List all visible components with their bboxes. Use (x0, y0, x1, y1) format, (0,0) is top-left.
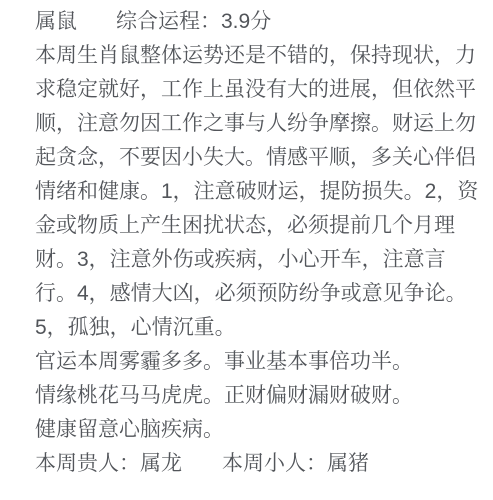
fortune-text-line: 行。4，感情大凶，必须预防纷争或意见争论。 (35, 277, 475, 311)
fortune-text-line: 本周生肖鼠整体运势还是不错的，保持现状，力 (35, 39, 475, 73)
fortune-text-line: 情绪和健康。1，注意破财运，提防损失。2，资 (35, 175, 475, 209)
career-luck-line: 官运本周雾霾多多。事业基本事倍功半。 (35, 345, 475, 379)
fortune-text-line: 财。3，注意外伤或疾病，小心开车，注意言 (35, 243, 475, 277)
zodiac-fortune-page: 属鼠 综合运程：3.9分 本周生肖鼠整体运势还是不错的，保持现状，力 求稳定就好… (0, 0, 493, 500)
fortune-text-line: 顺，注意勿因工作之事与人纷争摩擦。财运上勿 (35, 107, 475, 141)
weekly-benefactor: 本周贵人：属龙 (35, 447, 182, 481)
overall-score: 综合运程：3.9分 (116, 5, 271, 39)
title-row: 属鼠 综合运程：3.9分 (35, 5, 475, 39)
romance-wealth-line: 情缘桃花马马虎虎。正财偏财漏财破财。 (35, 379, 475, 413)
fortune-text-line: 5，孤独，心情沉重。 (35, 311, 475, 345)
fortune-text-line: 金或物质上产生困扰状态，必须提前几个月理 (35, 209, 475, 243)
health-line: 健康留意心脑疾病。 (35, 413, 475, 447)
fortune-text-line: 求稳定就好，工作上虽没有大的进展，但依然平 (35, 73, 475, 107)
weekly-villain: 本周小人：属猪 (222, 447, 369, 481)
fortune-text-line: 起贪念，不要因小失大。情感平顺，多关心伴侣 (35, 141, 475, 175)
zodiac-name: 属鼠 (35, 5, 77, 39)
footer-row: 本周贵人：属龙 本周小人：属猪 (35, 447, 475, 481)
